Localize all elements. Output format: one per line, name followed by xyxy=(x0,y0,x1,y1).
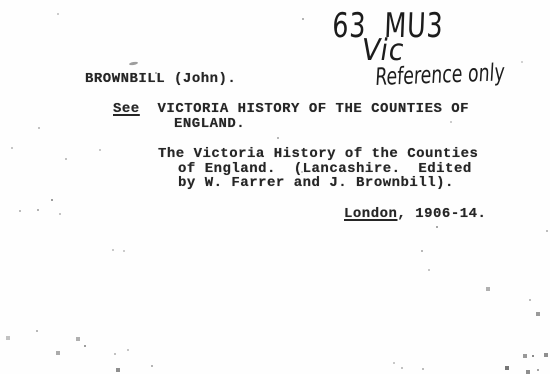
scanned-catalog-card: 63MU3 Vic Reference only BROWNBILL (John… xyxy=(0,0,550,374)
see-title-line1: VICTORIA HISTORY OF THE COUNTIES OF xyxy=(140,101,469,117)
see-title-line2: ENGLAND. xyxy=(174,117,245,131)
imprint-date: , 1906-14. xyxy=(397,206,486,222)
description-line-3: by W. Farrer and J. Brownbill). xyxy=(178,176,454,190)
imprint-line: London, 1906-14. xyxy=(344,207,486,221)
description-line-1: The Victoria History of the Counties xyxy=(158,147,478,161)
see-reference-line: See VICTORIA HISTORY OF THE COUNTIES OF xyxy=(113,102,469,116)
author-heading: BROWNBILL (John). xyxy=(85,72,236,86)
scan-noise-specks xyxy=(0,0,2,2)
classmark-number: 63 xyxy=(332,6,368,46)
description-line-2: of England. (Lancashire. Edited xyxy=(178,162,472,176)
imprint-place: London xyxy=(344,206,397,222)
handwritten-reference-only-annotation: Reference only xyxy=(375,60,506,89)
ink-smudge xyxy=(129,61,138,66)
see-label: See xyxy=(113,101,140,117)
